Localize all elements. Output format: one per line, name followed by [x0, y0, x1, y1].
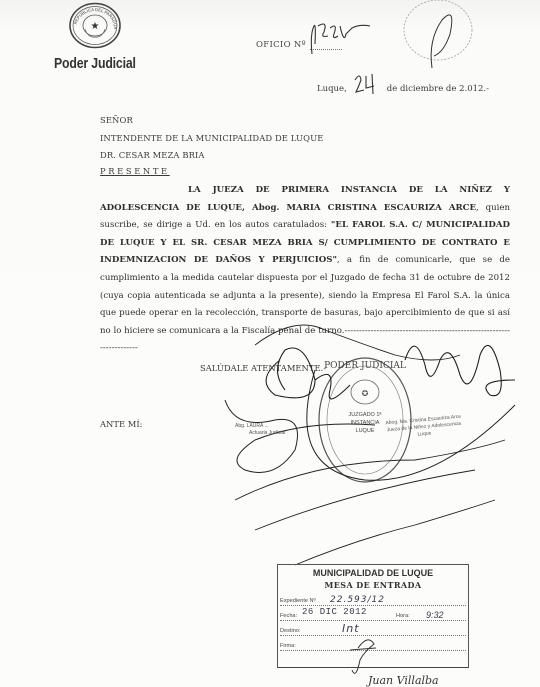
hora-label: Hora:: [396, 613, 410, 619]
closing-salutation: SALÚDALE ATENTAMENTE.-: [200, 363, 326, 373]
svg-text:JUZGADO 1ª: JUZGADO 1ª: [349, 411, 383, 418]
republic-seal-icon: ★ REPUBLICA DEL PARAGUAY: [68, 2, 122, 49]
svg-text:LUQUE: LUQUE: [356, 428, 375, 434]
stamp-title: MUNICIPALIDAD DE LUQUE: [278, 568, 468, 578]
stamp-destino-row: Destino: Int: [280, 622, 466, 636]
date-prefix: Luque,: [317, 84, 347, 94]
hora-value: 9:32: [426, 610, 444, 620]
salutation: SEÑOR: [100, 115, 133, 125]
secretary-name: Abg. LAURA ...: [235, 423, 285, 430]
body-text-2: , a fin de comunicarle, que se de cumpli…: [100, 255, 510, 353]
addressee-name: DR. CESAR MEZA BRIA: [100, 150, 205, 160]
letter-date: Luque,de diciembre de 2.012.-: [317, 84, 489, 94]
judge-signature-label: Abog. Ma. Cristina Escauriza Arce Jueza …: [385, 414, 462, 442]
secretary-signature-label: Abg. LAURA ... Actuaria Judicial: [235, 423, 285, 437]
fecha-label: Fecha:: [280, 613, 297, 619]
firma-label: Firma:: [280, 643, 296, 649]
destino-value: Int: [342, 622, 360, 635]
stamp-firma-row: Firma:: [280, 637, 466, 651]
oficio-number-line: [310, 49, 342, 50]
svg-text:Juan Villalba: Juan Villalba: [366, 674, 439, 687]
svg-text:✪: ✪: [362, 389, 369, 398]
oficio-label: OFICIO Nº: [256, 40, 306, 50]
date-suffix: de diciembre de 2.012.-: [387, 84, 489, 94]
oficio-number-handwriting: [300, 14, 372, 62]
issuer-name: LA JUEZA DE PRIMERA INSTANCIA DE LA NIÑE…: [100, 185, 510, 213]
secretary-role: Actuaria Judicial: [249, 430, 285, 437]
stamp-subtitle: MESA DE ENTRADA: [278, 580, 468, 590]
svg-text:PODER JUDICIAL: PODER JUDICIAL: [324, 361, 406, 371]
fecha-value: 26 DIC 2012: [302, 607, 367, 617]
reception-stamp: MUNICIPALIDAD DE LUQUE MESA DE ENTRADA E…: [277, 564, 469, 668]
stamp-fecha-row: Fecha: 26 DIC 2012 Hora: 9:32: [280, 607, 466, 621]
expediente-value: 22.593/12: [330, 595, 385, 605]
letter-body: LA JUEZA DE PRIMERA INSTANCIA DE LA NIÑE…: [100, 182, 510, 358]
round-reception-stamp: [398, 0, 478, 70]
svg-text:INSTANCIA: INSTANCIA: [351, 420, 380, 426]
ante-mi-label: ANTE MÍ:: [100, 419, 142, 429]
stamp-expediente-row: Expediente Nº 22.593/12: [280, 592, 466, 606]
svg-text:★: ★: [91, 21, 100, 32]
addressee-title: INTENDENTE DE LA MUNICIPALIDAD DE LUQUE: [100, 133, 323, 143]
organization-name: Poder Judicial: [54, 55, 136, 72]
expediente-label: Expediente Nº: [280, 598, 316, 604]
document-page: ★ REPUBLICA DEL PARAGUAY Poder Judicial …: [0, 0, 540, 687]
destino-label: Destino:: [280, 628, 301, 634]
presente-label: PRESENTE: [100, 166, 170, 176]
